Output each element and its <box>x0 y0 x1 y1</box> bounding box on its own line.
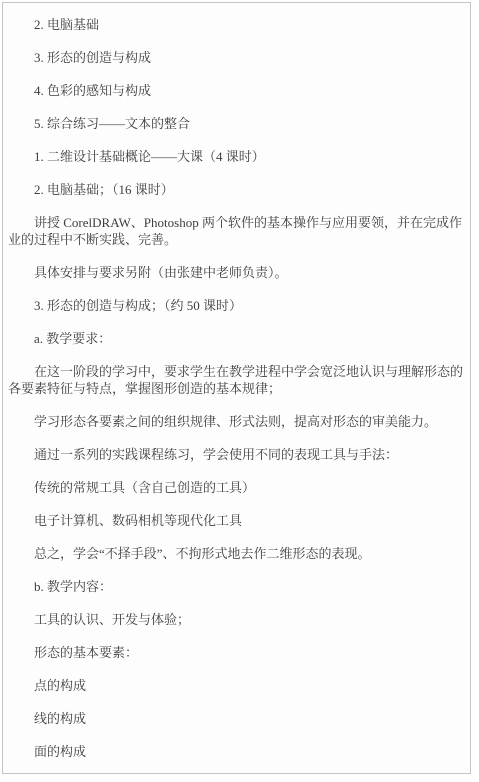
paragraph: 通过一系列的实践课程练习，学会使用不同的表现工具与手法： <box>8 446 467 463</box>
paragraph: 线的构成 <box>8 710 467 727</box>
list-item: 4. 色彩的感知与构成 <box>8 82 467 99</box>
document-page: 2. 电脑基础 3. 形态的创造与构成 4. 色彩的感知与构成 5. 综合练习—… <box>2 2 471 774</box>
paragraph: 传统的常规工具（含自己创造的工具） <box>8 479 467 496</box>
list-item: 2. 电脑基础 <box>8 16 467 33</box>
paragraph: 讲授 CorelDRAW、Photoshop 两个软件的基本操作与应用要领，并在… <box>8 214 467 248</box>
paragraph: 电子计算机、数码相机等现代化工具 <box>8 512 467 529</box>
list-item: 5. 综合练习——文本的整合 <box>8 115 467 132</box>
list-item: 3. 形态的创造与构成 <box>8 49 467 66</box>
paragraph: 总之，学会“不择手段”、不拘形式地去作二维形态的表现。 <box>8 545 467 562</box>
paragraph: 学习形态各要素之间的组织规律、形式法则，提高对形态的审美能力。 <box>8 413 467 430</box>
paragraph: 在这一阶段的学习中，要求学生在教学进程中学会宽泛地认识与理解形态的各要素特征与特… <box>8 363 467 397</box>
paragraph: 面的构成 <box>8 743 467 760</box>
paragraph: 工具的认识、开发与体验； <box>8 611 467 628</box>
list-item: 3. 形态的创造与构成；（约 50 课时） <box>8 297 467 314</box>
list-item: 2. 电脑基础；（16 课时） <box>8 181 467 198</box>
list-item: 1. 二维设计基础概论——大课（4 课时） <box>8 148 467 165</box>
section-label: a. 教学要求： <box>8 330 467 347</box>
paragraph: 点的构成 <box>8 677 467 694</box>
section-label: b. 教学内容： <box>8 578 467 595</box>
paragraph: 形态的基本要素： <box>8 644 467 661</box>
paragraph: 具体安排与要求另附（由张建中老师负责）。 <box>8 264 467 281</box>
